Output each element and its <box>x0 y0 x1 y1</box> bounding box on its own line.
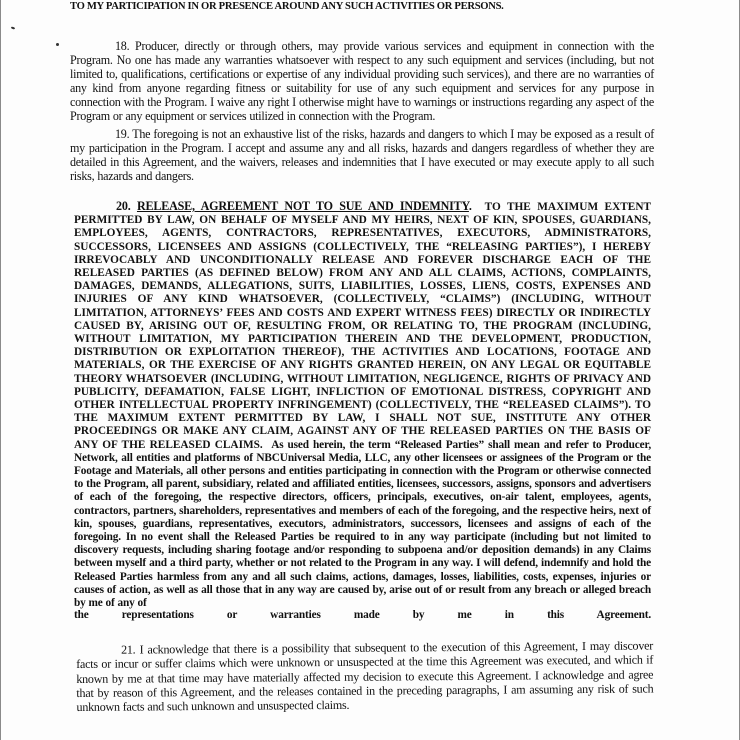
paragraph-number: 19. <box>115 127 129 141</box>
paragraph-20: 20. RELEASE, AGREEMENT NOT TO SUE AND IN… <box>74 200 651 622</box>
paragraph-text: The foregoing is not an exhaustive list … <box>70 127 654 183</box>
paragraph-number: 18. <box>115 39 129 53</box>
scan-speck <box>56 43 59 46</box>
paragraph-19: 19. The foregoing is not an exhaustive l… <box>70 127 654 183</box>
release-caps-text: TO THE MAXIMUM EXTENT PERMITTED BY LAW, … <box>74 201 651 451</box>
section-title: RELEASE, AGREEMENT NOT TO SUE AND INDEMN… <box>137 199 469 213</box>
released-parties-definition: As used herein, the term “Released Parti… <box>74 439 651 609</box>
paragraph-number: 20. <box>116 199 131 213</box>
paragraph-18: 18. Producer, directly or through others… <box>70 39 654 124</box>
section-title-punct: . <box>469 199 472 213</box>
paragraph-21: 21. I acknowledge that there is a possib… <box>76 638 654 714</box>
paragraph-number: 21. <box>121 643 135 657</box>
paragraph-last-line: the representations or warranties made b… <box>74 609 651 621</box>
paragraph-text: I acknowledge that there is a possibilit… <box>76 638 653 714</box>
paragraph-text: Producer, directly or through others, ma… <box>70 39 654 123</box>
document-page: TO MY PARTICIPATION IN OR PRESENCE AROUN… <box>0 0 740 740</box>
continuation-heading: TO MY PARTICIPATION IN OR PRESENCE AROUN… <box>70 1 504 12</box>
scan-speck <box>11 26 15 29</box>
